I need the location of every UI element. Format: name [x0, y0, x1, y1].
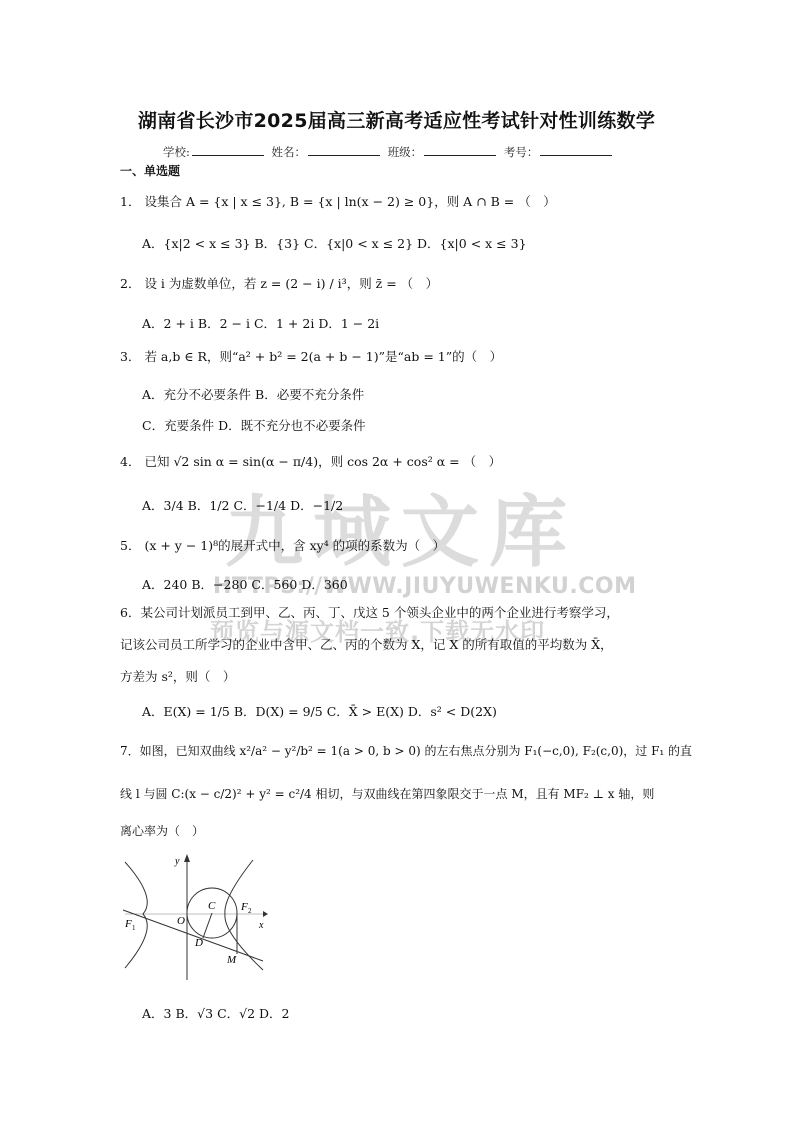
- question-7-line2: 线 l 与圆 C:(x − c/2)² + y² = c²/4 相切，与双曲线在…: [120, 785, 654, 802]
- question-3-options-row2: C．充要条件 D．既不充分也不必要条件: [142, 416, 366, 434]
- question-2: 2． 设 i 为虚数单位，若 z = (2 − i) / i³，则 z̄ = （…: [120, 274, 438, 292]
- section-heading: 一、单选题: [120, 162, 180, 179]
- option-a[interactable]: A．3: [142, 1006, 171, 1021]
- option-b[interactable]: B．−280: [191, 577, 247, 592]
- option-d[interactable]: D．1 − 2i: [318, 316, 379, 331]
- question-number: 6．: [120, 605, 140, 620]
- question-5: 5． (x + y − 1)⁸的展开式中，含 xy⁴ 的项的系数为（ ）: [120, 536, 445, 554]
- question-number: 4．: [120, 454, 140, 469]
- school-field[interactable]: [192, 145, 264, 156]
- option-b[interactable]: B．{3}: [254, 236, 300, 251]
- exam-number-field[interactable]: [540, 145, 612, 156]
- option-d[interactable]: D．既不充分也不必要条件: [218, 418, 366, 433]
- class-field[interactable]: [424, 145, 496, 156]
- option-a[interactable]: A．E(X) = 1/5: [142, 704, 230, 719]
- option-d[interactable]: D．360: [301, 577, 347, 592]
- option-b[interactable]: B．必要不充分条件: [255, 387, 364, 402]
- question-stem: 设集合: [144, 194, 182, 209]
- exam-number-label: 考号：: [504, 145, 539, 159]
- question-6: 6．某公司计划派员工到甲、乙、丙、丁、戊这 5 个领头企业中的两个企业进行考察学…: [120, 603, 619, 621]
- option-b[interactable]: B．D(X) = 9/5: [234, 704, 323, 719]
- question-6-options: A．E(X) = 1/5 B．D(X) = 9/5 C．X̄ > E(X) D．…: [142, 702, 497, 720]
- option-a[interactable]: A．充分不必要条件: [142, 387, 251, 402]
- question-5-options: A．240 B．−280 C．560 D．360: [142, 575, 348, 593]
- question-stem-tail: ，则 z̄ = （ ）: [347, 276, 438, 291]
- option-c[interactable]: C．√2: [217, 1006, 255, 1021]
- question-2-options: A．2 + i B．2 − i C．1 + 2i D．1 − 2i: [142, 314, 379, 332]
- question-6-line3: 方差为 s²，则（ ）: [120, 667, 235, 685]
- question-math: A = {x | x ≤ 3}, B = {x | ln(x − 2) ≥ 0}: [186, 194, 434, 209]
- question-stem: 的展开式中，含 xy⁴ 的项的系数为（ ）: [218, 538, 445, 553]
- page-title: 湖南省长沙市2025届高三新高考适应性考试针对性训练数学: [0, 106, 793, 133]
- option-d[interactable]: D．s² < D(2X): [408, 704, 497, 719]
- question-6-line2: 记该公司员工所学习的企业中含甲、乙、丙的个数为 X，记 X 的所有取值的平均数为…: [120, 635, 613, 653]
- question-math: √2 sin α = sin(α − π/4): [173, 454, 318, 469]
- svg-text:1: 1: [132, 924, 136, 932]
- name-field[interactable]: [308, 145, 380, 156]
- question-stem-line: 如图，已知双曲线 x²/a² − y²/b² = 1(a > 0, b > 0)…: [140, 744, 692, 758]
- option-a[interactable]: A．{x|2 < x ≤ 3}: [142, 236, 251, 251]
- option-b[interactable]: B．√3: [175, 1006, 213, 1021]
- svg-text:O: O: [177, 915, 185, 927]
- question-7-options: A．3 B．√3 C．√2 D．2: [142, 1004, 290, 1022]
- option-c[interactable]: C．1 + 2i: [254, 316, 314, 331]
- question-3-options-row1: A．充分不必要条件 B．必要不充分条件: [142, 385, 364, 403]
- option-a[interactable]: A．2 + i: [142, 316, 194, 331]
- question-number: 3．: [120, 349, 140, 364]
- svg-text:F: F: [240, 901, 248, 913]
- name-label: 姓名：: [272, 145, 307, 159]
- watermark-brand: 九域文库: [225, 470, 577, 582]
- question-stem: 若 a,b ∈ R，则“a² + b² = 2(a + b − 1)”是“ab …: [144, 349, 502, 364]
- question-math: (x + y − 1)⁸: [144, 538, 218, 553]
- question-1-options: A．{x|2 < x ≤ 3} B．{3} C．{x|0 < x ≤ 2} D．…: [142, 234, 527, 252]
- option-d[interactable]: D．−1/2: [290, 498, 343, 513]
- option-c[interactable]: C．X̄ > E(X): [327, 704, 404, 719]
- question-4: 4． 已知 √2 sin α = sin(α − π/4)，则 cos 2α +…: [120, 452, 501, 470]
- svg-text:D: D: [194, 937, 203, 949]
- question-number: 7．: [120, 744, 140, 758]
- svg-text:F: F: [124, 918, 132, 930]
- question-stem-line: 某公司计划派员工到甲、乙、丙、丁、戊这 5 个领头企业中的两个企业进行考察学习，: [140, 605, 618, 620]
- option-c[interactable]: C．560: [251, 577, 297, 592]
- question-3: 3． 若 a,b ∈ R，则“a² + b² = 2(a + b − 1)”是“…: [120, 347, 502, 365]
- question-number: 5．: [120, 538, 140, 553]
- class-label: 班级：: [388, 145, 423, 159]
- option-c[interactable]: C．−1/4: [233, 498, 286, 513]
- y-arrow-icon: [184, 854, 190, 862]
- hyperbola-figure: y x O C F1 F2 D M: [115, 850, 275, 985]
- question-stem-tail: ，则 A ∩ B = （ ）: [434, 194, 556, 209]
- option-d[interactable]: D．{x|0 < x ≤ 3}: [417, 236, 527, 251]
- x-arrow-icon: [263, 911, 268, 917]
- svg-text:C: C: [208, 900, 216, 912]
- question-1: 1． 设集合 A = {x | x ≤ 3}, B = {x | ln(x − …: [120, 192, 556, 210]
- question-math: z = (2 − i) / i³: [260, 276, 346, 291]
- svg-text:M: M: [226, 954, 237, 966]
- svg-text:2: 2: [248, 907, 252, 915]
- option-a[interactable]: A．240: [142, 577, 187, 592]
- option-b[interactable]: B．2 − i: [198, 316, 250, 331]
- question-7: 7．如图，已知双曲线 x²/a² − y²/b² = 1(a > 0, b > …: [120, 742, 692, 759]
- svg-text:x: x: [258, 920, 264, 931]
- question-stem-tail: ，则 cos 2α + cos² α = （ ）: [318, 454, 501, 469]
- option-c[interactable]: C．{x|0 < x ≤ 2}: [304, 236, 413, 251]
- student-info-line: 学校: 姓名： 班级： 考号：: [163, 144, 616, 160]
- question-7-line3: 离心率为（ ）: [120, 822, 204, 839]
- svg-text:y: y: [174, 856, 180, 867]
- school-label: 学校:: [163, 145, 190, 159]
- question-number: 1．: [120, 194, 140, 209]
- question-4-options: A．3/4 B．1/2 C．−1/4 D．−1/2: [142, 496, 343, 514]
- question-stem: 设 i 为虚数单位，若: [144, 276, 256, 291]
- option-b[interactable]: B．1/2: [188, 498, 230, 513]
- option-a[interactable]: A．3/4: [142, 498, 184, 513]
- option-c[interactable]: C．充要条件: [142, 418, 214, 433]
- question-stem: 已知: [144, 454, 169, 469]
- option-d[interactable]: D．2: [259, 1006, 289, 1021]
- question-number: 2．: [120, 276, 140, 291]
